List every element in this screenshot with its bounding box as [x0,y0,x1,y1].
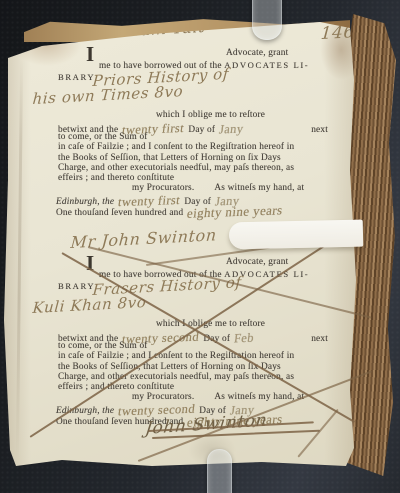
drop-cap-initial: I [86,251,94,276]
transparent-book-weight-strip-bottom [207,449,232,493]
printed-grant-text: Advocate, grant [226,48,288,58]
printed-effeirs-line: effeirs ; and thereto conſtitute [58,382,174,392]
one-thousand-text: One thouſand ſeven hundred and [56,208,183,218]
printed-procurators-line: my Procurators. As witneſs my hand, at [132,392,304,402]
printed-failzie-line: in caſe of Failzie ; and I conſent to th… [58,351,294,361]
printed-oblige-line: which I oblige me to reſtore [156,319,265,329]
procurators-text: my Procurators. [132,183,194,193]
printed-oblige-line: which I oblige me to reſtore [156,110,265,120]
return-month-handwritten: Feb [233,331,255,347]
printed-year-line: One thouſand ſeven hundred and eighty ni… [56,203,283,219]
brary-caps: BRARY [58,281,95,291]
brary-caps: BRARY [58,72,95,82]
printed-charge-line: Charge, and other executorials needful, … [58,163,294,173]
register-page-photo: 146. Mr William Tait I Advocate, grant m… [0,0,400,493]
printed-procurators-line: my Procurators. As witneſs my hand, at [132,183,304,193]
printed-failzie-line: in caſe of Failzie ; and I conſent to th… [58,142,294,152]
printed-to-come-line: to come, or the Sum of [58,341,148,351]
printed-charge-line: Charge, and other executorials needful, … [58,372,294,382]
printed-effeirs-line: effeirs ; and thereto conſtitute [58,173,174,183]
day-of-text: Day of [203,334,230,344]
printed-books-of-session-line: the Books of Seſſion, that Letters of Ho… [58,362,281,372]
day-of-text: Day of [188,125,215,135]
return-month-handwritten: Jany [218,122,244,138]
signed-year-handwritten: eighty nine years [186,202,284,221]
book-title-handwritten-line2: his own Times 8vo [32,82,184,108]
drop-cap-initial: I [86,42,94,67]
printed-books-of-session-line: the Books of Seſſion, that Letters of Ho… [58,153,281,163]
printed-to-come-line: to come, or the Sum of [58,132,148,142]
next-text: next [311,334,328,344]
printed-grant-text: Advocate, grant [226,257,288,267]
witness-text: As witneſs my hand, at [214,183,304,193]
register-entry-1: Mr William Tait I Advocate, grant me to … [2,26,358,241]
register-entry-2: Mr John Swinton I Advocate, grant me to … [2,235,358,450]
transparent-book-weight-strip-top [252,0,282,40]
witness-text: As witneſs my hand, at [214,392,304,402]
next-text: next [311,125,328,135]
advocates-library-caps: ADVOCATES LI- [224,60,309,70]
white-paper-slip [229,220,364,250]
procurators-text: my Procurators. [132,392,194,402]
book-title-handwritten-line2: Kuli Khan 8vo [32,293,147,317]
